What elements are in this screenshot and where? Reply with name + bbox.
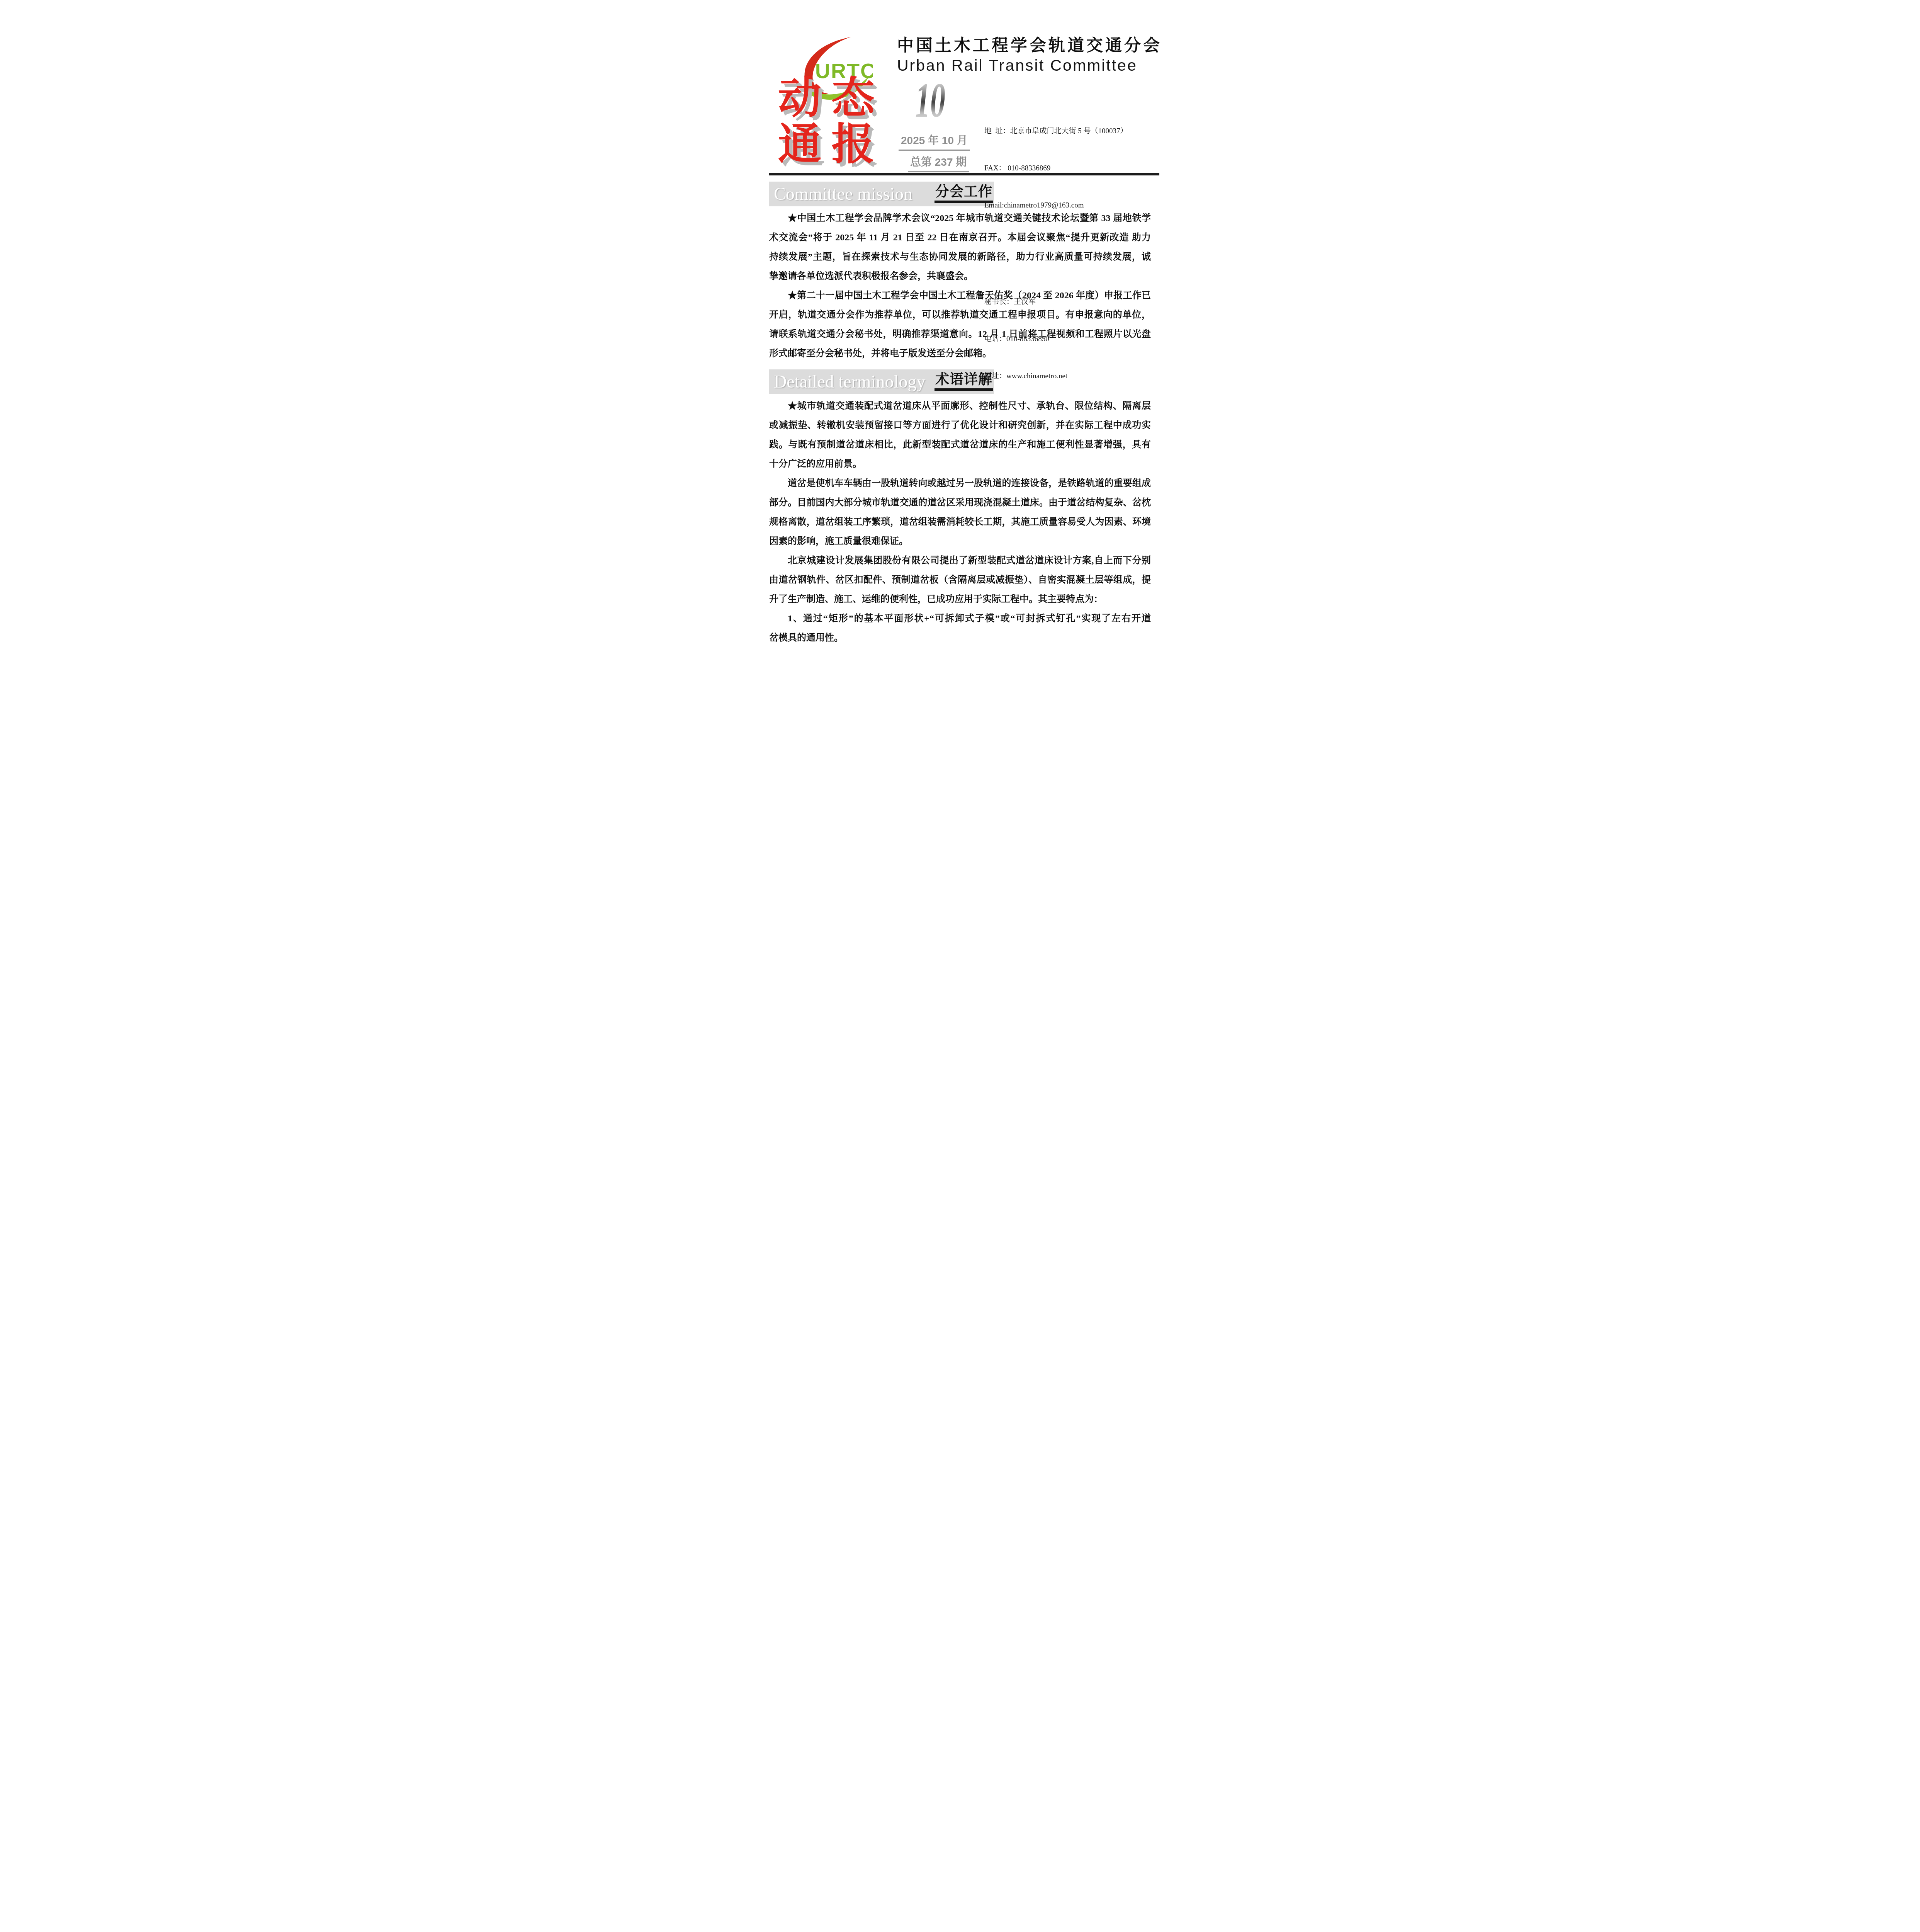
- issue-number: 10: [915, 77, 945, 125]
- paragraph: 道岔是使机车车辆由一股轨道转向或越过另一股轨道的连接设备，是铁路轨道的重要组成 …: [769, 474, 1151, 551]
- paragraph-line: 部分。目前国内大部分城市轨道交通的道岔区采用现浇混凝土道床。由于道岔结构复杂、岔…: [769, 493, 1151, 512]
- paragraph-line: 因素的影响，施工质量很难保证。: [769, 532, 1151, 551]
- paragraph-line: 1、通过“矩形”的基本平面形状+“可拆卸式子模”或“可封拆式钉孔”实现了左右开道: [769, 609, 1151, 628]
- newsletter-page: URTC 动态 通报 中国土木工程学会轨道交通分会 Urban Rail Tra…: [720, 0, 1200, 679]
- contact-secretary: 秘书长：王汉军: [984, 296, 1128, 308]
- masthead: URTC 动态 通报 中国土木工程学会轨道交通分会 Urban Rail Tra…: [720, 0, 1200, 173]
- paragraph-line: 岔模具的通用性。: [769, 628, 1151, 648]
- paragraph-line: 由道岔钢轨件、岔区扣配件、预制道岔板（含隔离层或减振垫）、自密实混凝土层等组成，…: [769, 570, 1151, 590]
- org-title-chinese: 中国土木工程学会轨道交通分会: [897, 32, 1164, 56]
- contact-info: 地 址：北京市阜成门北大街 5 号（100037） FAX： 010-88336…: [984, 76, 1128, 432]
- section-heading-committee-mission: Committee mission 分会工作: [769, 182, 994, 206]
- contact-group-secondary: 秘书长：王汉军 电话：010-88336850 网址：www.chinametr…: [984, 271, 1128, 407]
- paragraph-line: 道岔是使机车车辆由一股轨道转向或越过另一股轨道的连接设备，是铁路轨道的重要组成: [769, 474, 1151, 493]
- org-title-english: Urban Rail Transit Committee: [897, 56, 1164, 75]
- section-heading-detailed-terminology: Detailed terminology 术语详解: [769, 369, 994, 394]
- paragraph: 1、通过“矩形”的基本平面形状+“可拆卸式子模”或“可封拆式钉孔”实现了左右开道…: [769, 609, 1151, 648]
- issue-total-number: 总第 237 期: [908, 154, 969, 172]
- paragraph: 北京城建设计发展集团股份有限公司提出了新型装配式道岔道床设计方案,自上而下分别 …: [769, 551, 1151, 609]
- paragraph-line: 践。与既有预制道岔道床相比，此新型装配式道岔道床的生产和施工便利性显著增强，具有: [769, 435, 1151, 454]
- contact-email: Email:chinametro1979@163.com: [984, 199, 1128, 212]
- paragraph-line: 升了生产制造、施工、运维的便利性，已成功应用于实际工程中。其主要特点为：: [769, 590, 1151, 609]
- section-heading-english: Detailed terminology: [774, 373, 925, 391]
- contact-group-primary: 地 址：北京市阜成门北大街 5 号（100037） FAX： 010-88336…: [984, 100, 1128, 236]
- issue-date: 2025 年 10 月: [899, 132, 970, 151]
- newsletter-title: 动态 通报: [778, 75, 885, 168]
- paragraph-line: 规格离散，道岔组装工序繁琐，道岔组装需消耗较长工期，其施工质量容易受人为因素、环…: [769, 512, 1151, 532]
- paragraph-line: 十分广泛的应用前景。: [769, 454, 1151, 474]
- paragraph-line: 北京城建设计发展集团股份有限公司提出了新型装配式道岔道床设计方案,自上而下分别: [769, 551, 1151, 570]
- contact-address: 地 址：北京市阜成门北大街 5 号（100037）: [984, 125, 1128, 138]
- contact-fax: FAX： 010-88336869: [984, 162, 1128, 175]
- contact-website: 网址：www.chinametro.net: [984, 370, 1128, 383]
- contact-phone: 电话：010-88336850: [984, 333, 1128, 345]
- newsletter-title-line2: 通报: [778, 121, 885, 168]
- newsletter-title-line1: 动态: [778, 75, 885, 121]
- section-heading-english: Committee mission: [774, 185, 912, 203]
- page-body: Committee mission 分会工作 ★中国土木工程学会品牌学术会议“2…: [720, 182, 1200, 648]
